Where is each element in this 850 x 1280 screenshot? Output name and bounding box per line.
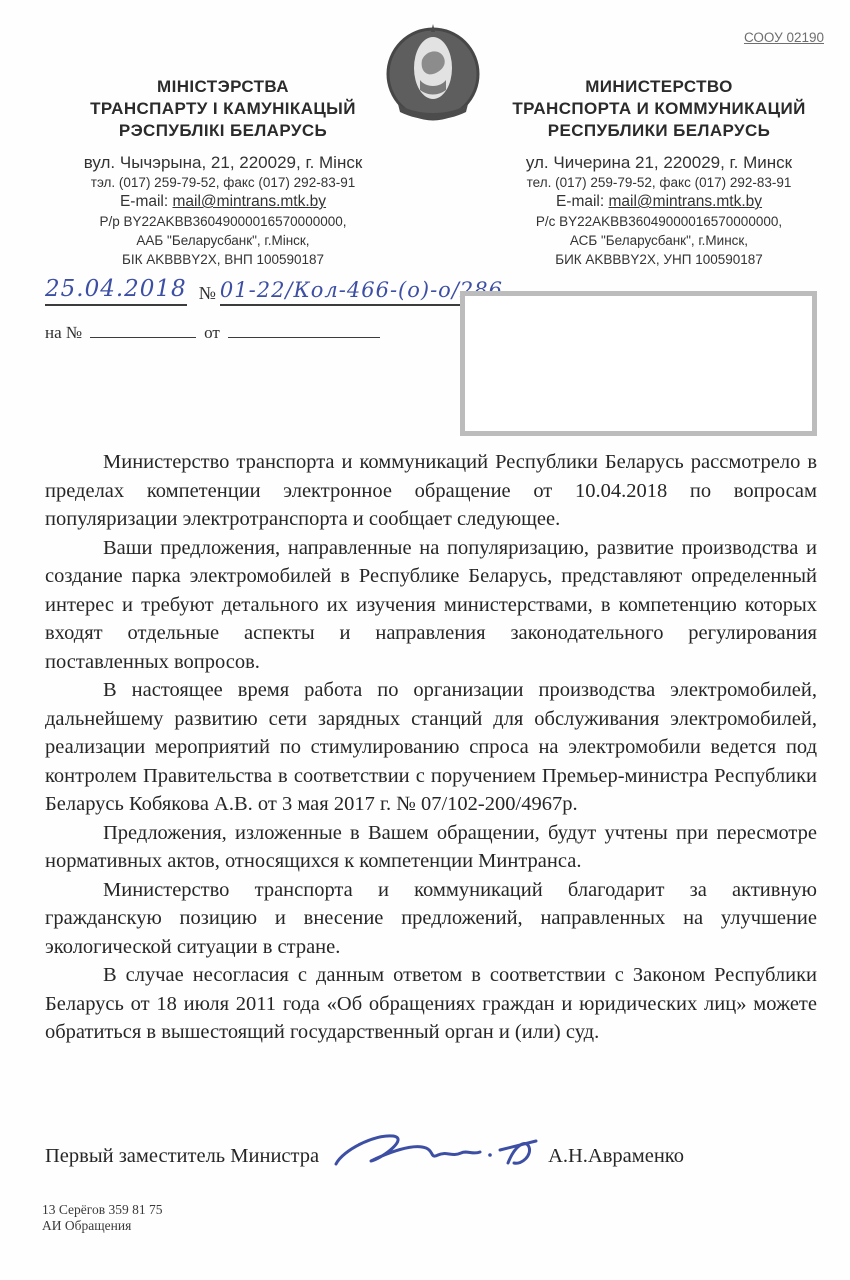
- letterhead-left-belarusian: МІНІСТЭРСТВА ТРАНСПАРТУ І КАМУНІКАЦЫЙ РЭ…: [42, 76, 404, 269]
- bank-line: ААБ "Беларусбанк", г.Мінск,: [42, 231, 404, 250]
- scanned-letter-page: МІНІСТЭРСТВА ТРАНСПАРТУ І КАМУНІКАЦЫЙ РЭ…: [0, 0, 850, 1280]
- letterhead-right-russian: СООУ 02190 МИНИСТЕРСТВО ТРАНСПОРТА И КОМ…: [488, 30, 830, 269]
- email-address: mail@mintrans.mtk.by: [173, 193, 327, 210]
- footer: 13 Серёгов 359 81 75 АИ Обращения: [42, 1202, 162, 1234]
- email-line: E-mail: mail@mintrans.mtk.by: [42, 192, 404, 212]
- signer-name: А.Н.Авраменко: [548, 1145, 684, 1168]
- phone-line: тел. (017) 259-79-52, факс (017) 292-83-…: [488, 173, 830, 192]
- bank-line: АСБ "Беларусбанк", г.Минск,: [488, 231, 830, 250]
- blank-underline: [90, 317, 196, 338]
- handwritten-signature-icon: [333, 1128, 538, 1179]
- email-label: E-mail:: [120, 193, 168, 210]
- org-name-line: РЕСПУБЛИКИ БЕЛАРУСЬ: [488, 120, 830, 142]
- letter-body: Министерство транспорта и коммуникаций Р…: [45, 448, 817, 1047]
- email-label: E-mail:: [556, 193, 604, 210]
- paragraph: Министерство транспорта и коммуникаций б…: [45, 876, 817, 962]
- department-line: АИ Обращения: [42, 1218, 162, 1234]
- executor-line: 13 Серёгов 359 81 75: [42, 1202, 162, 1218]
- codes-line: БИК AKBBBY2X, УНП 100590187: [488, 250, 830, 269]
- belarus-coat-of-arms-icon: [384, 20, 482, 126]
- address-line: ул. Чичерина 21, 220029, г. Минск: [488, 153, 830, 173]
- phone-line: тэл. (017) 259-79-52, факс (017) 292-83-…: [42, 173, 404, 192]
- address-line: вул. Чычэрына, 21, 220029, г. Мінск: [42, 153, 404, 173]
- handwritten-number: 01-22/Кол-466-(о)-о/286: [220, 278, 465, 306]
- paragraph: В настоящее время работа по организации …: [45, 676, 817, 819]
- date-text: 25.04.2018: [45, 276, 187, 302]
- document-code: СООУ 02190: [488, 30, 830, 45]
- paragraph: В случае несогласия с данным ответом в с…: [45, 961, 817, 1047]
- org-name-line: ТРАНСПОРТА И КОММУНИКАЦИЙ: [488, 98, 830, 120]
- reference-block: 25.04.2018 № 01-22/Кол-466-(о)-о/286 на …: [45, 276, 465, 343]
- paragraph: Предложения, изложенные в Вашем обращени…: [45, 819, 817, 876]
- email-line: E-mail: mail@mintrans.mtk.by: [488, 192, 830, 212]
- account-line: Р/с BY22AKBB36049000016570000000,: [488, 212, 830, 231]
- org-name-line: РЭСПУБЛІКІ БЕЛАРУСЬ: [42, 120, 404, 142]
- on-number-label: на №: [45, 323, 82, 342]
- number-sign: №: [199, 283, 216, 304]
- redacted-addressee-box: [460, 291, 817, 436]
- codes-line: БІК AKBBBY2X, ВНП 100590187: [42, 250, 404, 269]
- org-name-line: ТРАНСПАРТУ І КАМУНІКАЦЫЙ: [42, 98, 404, 120]
- paragraph: Ваши предложения, направленные на популя…: [45, 534, 817, 677]
- letterhead: МІНІСТЭРСТВА ТРАНСПАРТУ І КАМУНІКАЦЫЙ РЭ…: [0, 0, 850, 270]
- org-name-line: МІНІСТЭРСТВА: [42, 76, 404, 98]
- account-line: Р/р BY22AKBB36049000016570000000,: [42, 212, 404, 231]
- date-number-row: 25.04.2018 № 01-22/Кол-466-(о)-о/286: [45, 276, 465, 306]
- handwritten-date: 25.04.2018: [45, 276, 187, 306]
- signature-row: Первый заместитель Министра А.Н.Авраменк…: [45, 1128, 805, 1185]
- blank-underline: [228, 317, 380, 338]
- email-address: mail@mintrans.mtk.by: [609, 193, 763, 210]
- org-name-line: МИНИСТЕРСТВО: [488, 76, 830, 98]
- from-label: от: [204, 323, 220, 342]
- signer-title: Первый заместитель Министра: [45, 1145, 319, 1168]
- incoming-reference-row: на №от: [45, 317, 465, 343]
- paragraph: Министерство транспорта и коммуникаций Р…: [45, 448, 817, 534]
